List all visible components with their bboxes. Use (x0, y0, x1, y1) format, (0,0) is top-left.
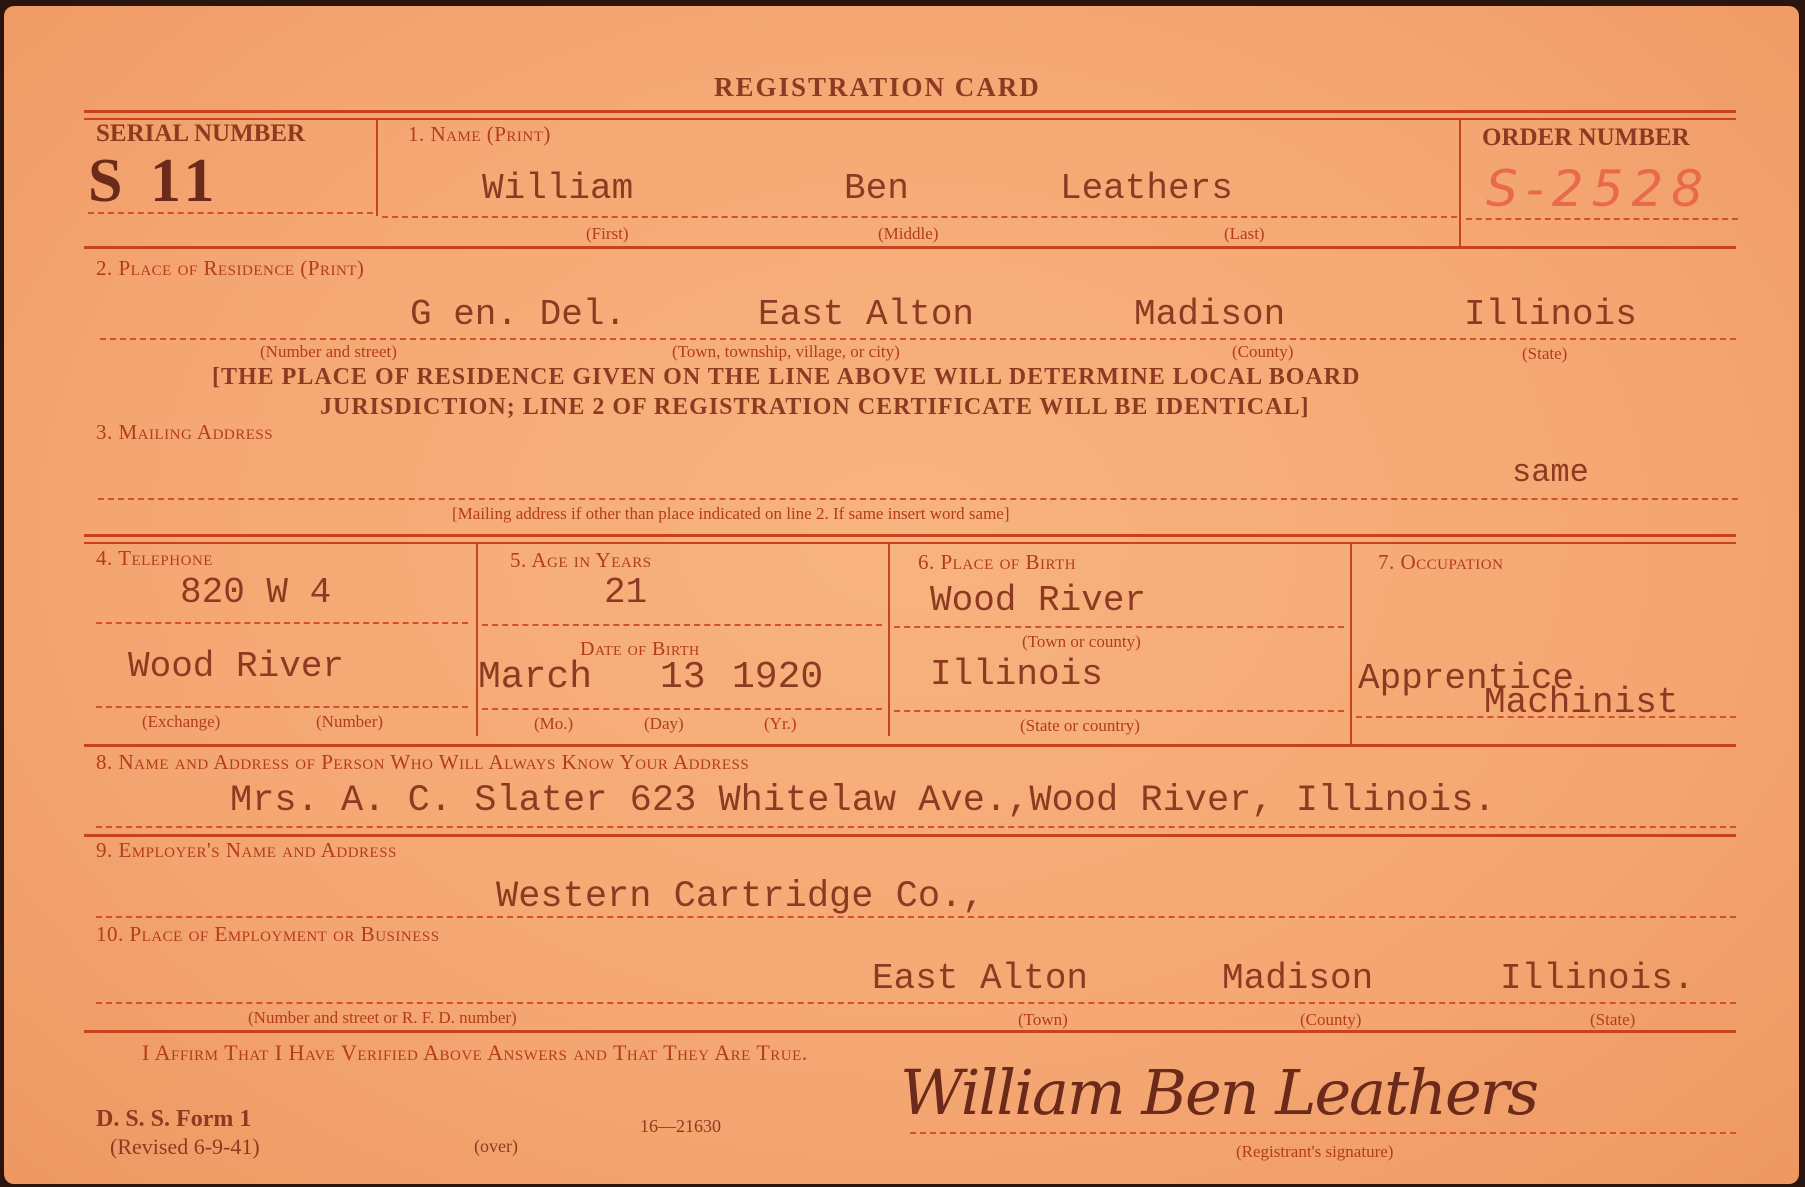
form-revised: (Revised 6-9-41) (110, 1134, 260, 1160)
employment-town-caption: (Town) (1018, 1010, 1068, 1030)
birthplace-town-caption: (Town or county) (1022, 632, 1141, 652)
dob-year: 1920 (732, 656, 823, 699)
serial-number-value: S 11 (88, 146, 221, 217)
mailing-caption: [Mailing address if other than place ind… (452, 504, 1010, 524)
telephone-number: 820 W 4 (180, 572, 331, 613)
birthplace-label: 6. Place of Birth (918, 550, 1076, 575)
employer-label: 9. Employer's Name and Address (96, 838, 397, 863)
employer-value: Western Cartridge Co., (496, 876, 984, 918)
serial-number-label: SERIAL NUMBER (96, 120, 305, 148)
employment-state: Illinois. (1500, 958, 1694, 999)
day-caption: (Day) (644, 714, 684, 734)
dob-month: March (478, 656, 592, 699)
registrant-signature: William Ben Leathers (900, 1056, 1537, 1129)
age-value: 21 (604, 572, 647, 613)
middle-name: Ben (844, 168, 909, 209)
order-number-value: S-2528 (1486, 160, 1711, 218)
card-title: REGISTRATION CARD (714, 72, 1041, 103)
birthplace-state: Illinois (930, 654, 1103, 695)
mailing-value: same (1512, 454, 1589, 491)
contact-label: 8. Name and Address of Person Who Will A… (96, 750, 749, 775)
first-caption: (First) (586, 224, 629, 244)
mailing-label: 3. Mailing Address (96, 420, 273, 445)
first-name: William (482, 168, 633, 209)
employment-state-caption: (State) (1590, 1010, 1635, 1030)
residence-street: G en. Del. (410, 294, 626, 335)
employment-county: Madison (1222, 958, 1373, 999)
residence-county: Madison (1134, 294, 1285, 335)
town-caption: (Town, township, village, or city) (672, 342, 900, 362)
dob-day: 13 (660, 656, 706, 699)
street-caption: (Number and street) (260, 342, 397, 362)
employment-place-label: 10. Place of Employment or Business (96, 922, 440, 947)
registration-card: REGISTRATION CARD SERIAL NUMBER S 11 1. … (4, 6, 1799, 1184)
over-note: (over) (474, 1136, 518, 1157)
mo-caption: (Mo.) (534, 714, 573, 734)
telephone-label: 4. Telephone (96, 546, 213, 571)
jurisdiction-notice-line2: JURISDICTION; LINE 2 OF REGISTRATION CER… (320, 394, 1309, 421)
employment-county-caption: (County) (1300, 1010, 1361, 1030)
birthplace-state-caption: (State or country) (1020, 716, 1140, 736)
age-label: 5. Age in Years (510, 548, 652, 573)
employment-town: East Alton (872, 958, 1088, 999)
residence-state: Illinois (1464, 294, 1637, 335)
print-code: 16—21630 (640, 1116, 721, 1137)
exchange-caption: (Exchange) (142, 712, 220, 732)
order-number-label: ORDER NUMBER (1482, 124, 1690, 152)
telephone-exchange: Wood River (128, 646, 344, 687)
residence-label: 2. Place of Residence (Print) (96, 256, 364, 281)
birthplace-town: Wood River (930, 580, 1146, 621)
employment-street-caption: (Number and street or R. F. D. number) (248, 1008, 517, 1028)
state-caption: (State) (1522, 344, 1567, 364)
county-caption: (County) (1232, 342, 1293, 362)
residence-town: East Alton (758, 294, 974, 335)
occupation-label: 7. Occupation (1378, 550, 1503, 575)
jurisdiction-notice-line1: [THE PLACE OF RESIDENCE GIVEN ON THE LIN… (212, 364, 1360, 391)
yr-caption: (Yr.) (764, 714, 797, 734)
contact-value: Mrs. A. C. Slater 623 Whitelaw Ave.,Wood… (230, 780, 1496, 822)
last-caption: (Last) (1224, 224, 1265, 244)
signature-caption: (Registrant's signature) (1236, 1142, 1393, 1162)
name-label: 1. Name (Print) (408, 122, 551, 147)
affirmation-text: I Affirm That I Have Verified Above Answ… (142, 1040, 808, 1066)
middle-caption: (Middle) (878, 224, 938, 244)
form-number: D. S. S. Form 1 (96, 1106, 251, 1133)
last-name: Leathers (1060, 168, 1233, 209)
number-caption: (Number) (316, 712, 383, 732)
